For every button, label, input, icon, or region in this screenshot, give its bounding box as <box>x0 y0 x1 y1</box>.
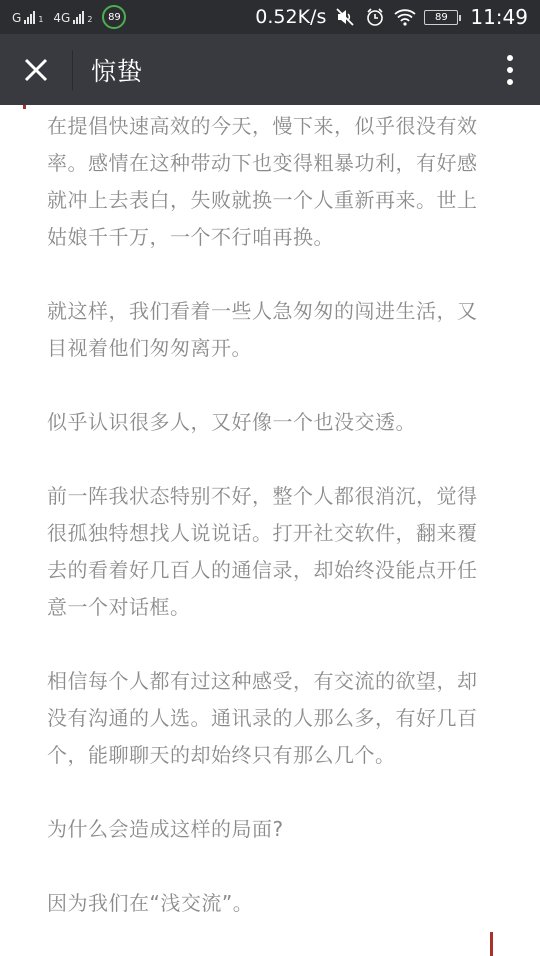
mute-icon <box>334 6 356 28</box>
reading-progress-marker <box>23 105 26 109</box>
network-speed: 0.52K/s <box>255 6 326 28</box>
article-paragraph: 就这样，我们看着一些人急匆匆的闯进生活，又目视着他们匆匆离开。 <box>47 293 497 367</box>
article-body[interactable]: 在提倡快速高效的今天，慢下来，似乎很没有效率。感情在这种带动下也变得粗暴功利，有… <box>47 108 497 956</box>
status-right: 0.52K/s 89 11:49 <box>255 5 540 29</box>
status-bar: G 1 4G 2 89 0.52K/s 89 11:49 <box>0 0 540 34</box>
signal-sim2-index: 2 <box>87 16 92 24</box>
article-paragraph: 相信每个人都有过这种感受，有交流的欲望，却没有沟通的人选。通讯录的人那么多，有好… <box>47 663 497 774</box>
article-paragraph: 在提倡快速高效的今天，慢下来，似乎很没有效率。感情在这种带动下也变得粗暴功利，有… <box>47 108 497 256</box>
signal-sim1-index: 1 <box>38 16 43 24</box>
signal-sim2-label: 4G <box>53 12 70 24</box>
nav-bar: 惊蛰 <box>0 34 540 105</box>
status-left: G 1 4G 2 89 <box>0 5 126 29</box>
page-title: 惊蛰 <box>91 52 143 88</box>
signal-sim1-icon: G 1 <box>12 11 43 24</box>
more-vertical-icon <box>507 55 513 61</box>
close-icon <box>23 57 49 83</box>
signal-sim1-label: G <box>12 12 21 24</box>
article-paragraph: 似乎认识很多人，又好像一个也没交透。 <box>47 404 497 441</box>
notification-badge: 89 <box>102 5 126 29</box>
nav-divider <box>72 50 73 90</box>
wifi-icon <box>394 6 416 28</box>
article-paragraph: 前一阵我状态特别不好，整个人都很消沉，觉得很孤独特想找人说说话。打开社交软件，翻… <box>47 478 497 626</box>
battery-icon: 89 <box>424 10 458 25</box>
alarm-icon <box>364 6 386 28</box>
article-paragraph: 为什么会造成这样的局面? <box>47 811 497 848</box>
more-options-button[interactable] <box>480 34 540 105</box>
article-paragraph: 因为我们在“浅交流”。 <box>47 885 497 922</box>
clock-time: 11:49 <box>470 5 528 29</box>
signal-sim2-icon: 4G 2 <box>53 11 92 24</box>
more-vertical-icon-dot <box>507 67 513 73</box>
close-button[interactable] <box>0 34 72 105</box>
more-vertical-icon-dot <box>507 79 513 85</box>
scrollbar-thumb[interactable] <box>490 932 493 956</box>
